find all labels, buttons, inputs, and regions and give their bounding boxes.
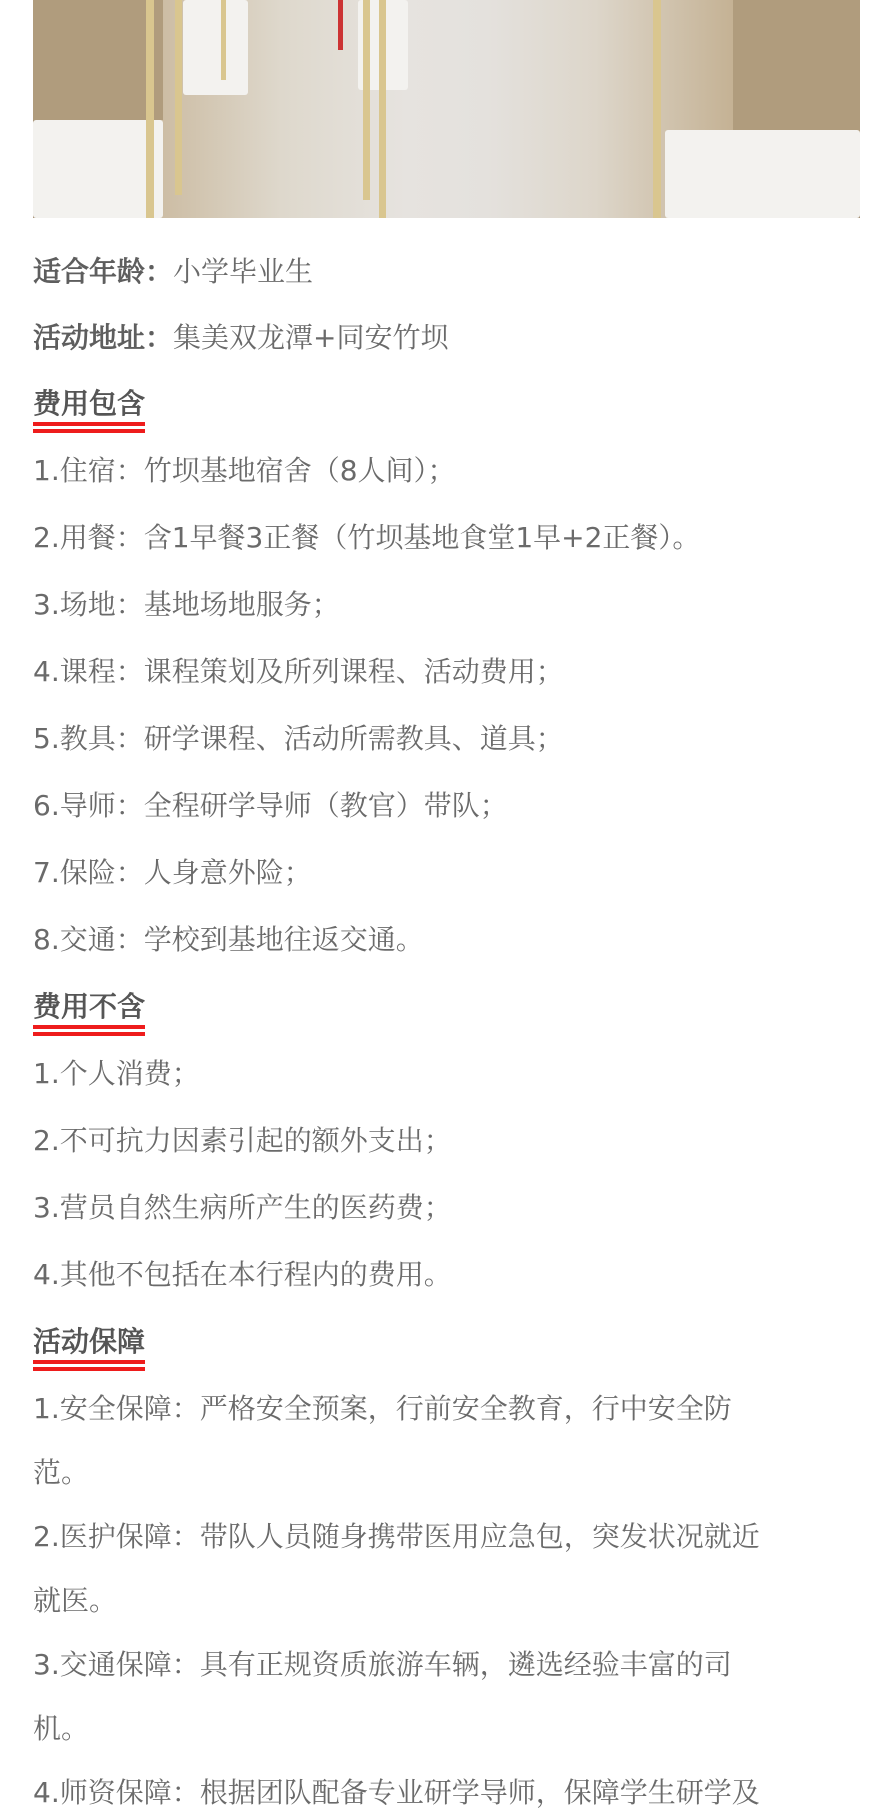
- excluded-item: 2.不可抗力因素引起的额外支出；: [33, 1121, 452, 1161]
- guarantee-item-line: 3.交通保障：具有正规资质旅游车辆，遴选经验丰富的司: [33, 1645, 732, 1685]
- age-value: 小学毕业生: [173, 255, 313, 288]
- guarantee-item-line: 2.医护保障：带队人员随身携带医用应急包，突发状况就近: [33, 1517, 760, 1557]
- excluded-title: 费用不含: [33, 990, 145, 1023]
- included-item: 2.用餐：含1早餐3正餐（竹坝基地食堂1早+2正餐）。: [33, 518, 700, 558]
- included-item: 8.交通：学校到基地往返交通。: [33, 920, 424, 960]
- included-item: 7.保险：人身意外险；: [33, 853, 312, 893]
- included-item: 6.导师：全程研学导师（教官）带队；: [33, 786, 508, 826]
- address-label: 活动地址：: [33, 321, 173, 354]
- guarantee-item-line: 就医。: [33, 1581, 117, 1621]
- guarantee-item-line: 机。: [33, 1709, 89, 1749]
- included-item: 5.教具：研学课程、活动所需教具、道具；: [33, 719, 564, 759]
- guarantee-heading: 活动保障: [33, 1322, 145, 1362]
- heading-underline: [33, 1367, 145, 1371]
- included-heading: 费用包含: [33, 384, 145, 424]
- age-label: 适合年龄：: [33, 255, 173, 288]
- included-item: 4.课程：课程策划及所列课程、活动费用；: [33, 652, 564, 692]
- guarantee-title: 活动保障: [33, 1325, 145, 1358]
- heading-underline: [33, 1025, 145, 1029]
- excluded-item: 4.其他不包括在本行程内的费用。: [33, 1255, 452, 1295]
- age-row: 适合年龄：小学毕业生: [33, 252, 313, 292]
- guarantee-item-line: 4.师资保障：根据团队配备专业研学导师，保障学生研学及: [33, 1773, 760, 1813]
- included-item: 1.住宿：竹坝基地宿舍（8人间）；: [33, 451, 456, 491]
- guarantee-item-line: 范。: [33, 1453, 89, 1493]
- heading-underline: [33, 429, 145, 433]
- heading-underline: [33, 1360, 145, 1364]
- heading-underline: [33, 1032, 145, 1036]
- included-item: 3.场地：基地场地服务；: [33, 585, 340, 625]
- dormitory-photo: [33, 0, 860, 218]
- address-row: 活动地址：集美双龙潭+同安竹坝: [33, 318, 448, 358]
- included-title: 费用包含: [33, 387, 145, 420]
- excluded-heading: 费用不含: [33, 987, 145, 1027]
- guarantee-item-line: 1.安全保障：严格安全预案，行前安全教育，行中安全防: [33, 1389, 732, 1429]
- address-value: 集美双龙潭+同安竹坝: [173, 321, 448, 354]
- excluded-item: 1.个人消费；: [33, 1054, 200, 1094]
- excluded-item: 3.营员自然生病所产生的医药费；: [33, 1188, 452, 1228]
- heading-underline: [33, 422, 145, 426]
